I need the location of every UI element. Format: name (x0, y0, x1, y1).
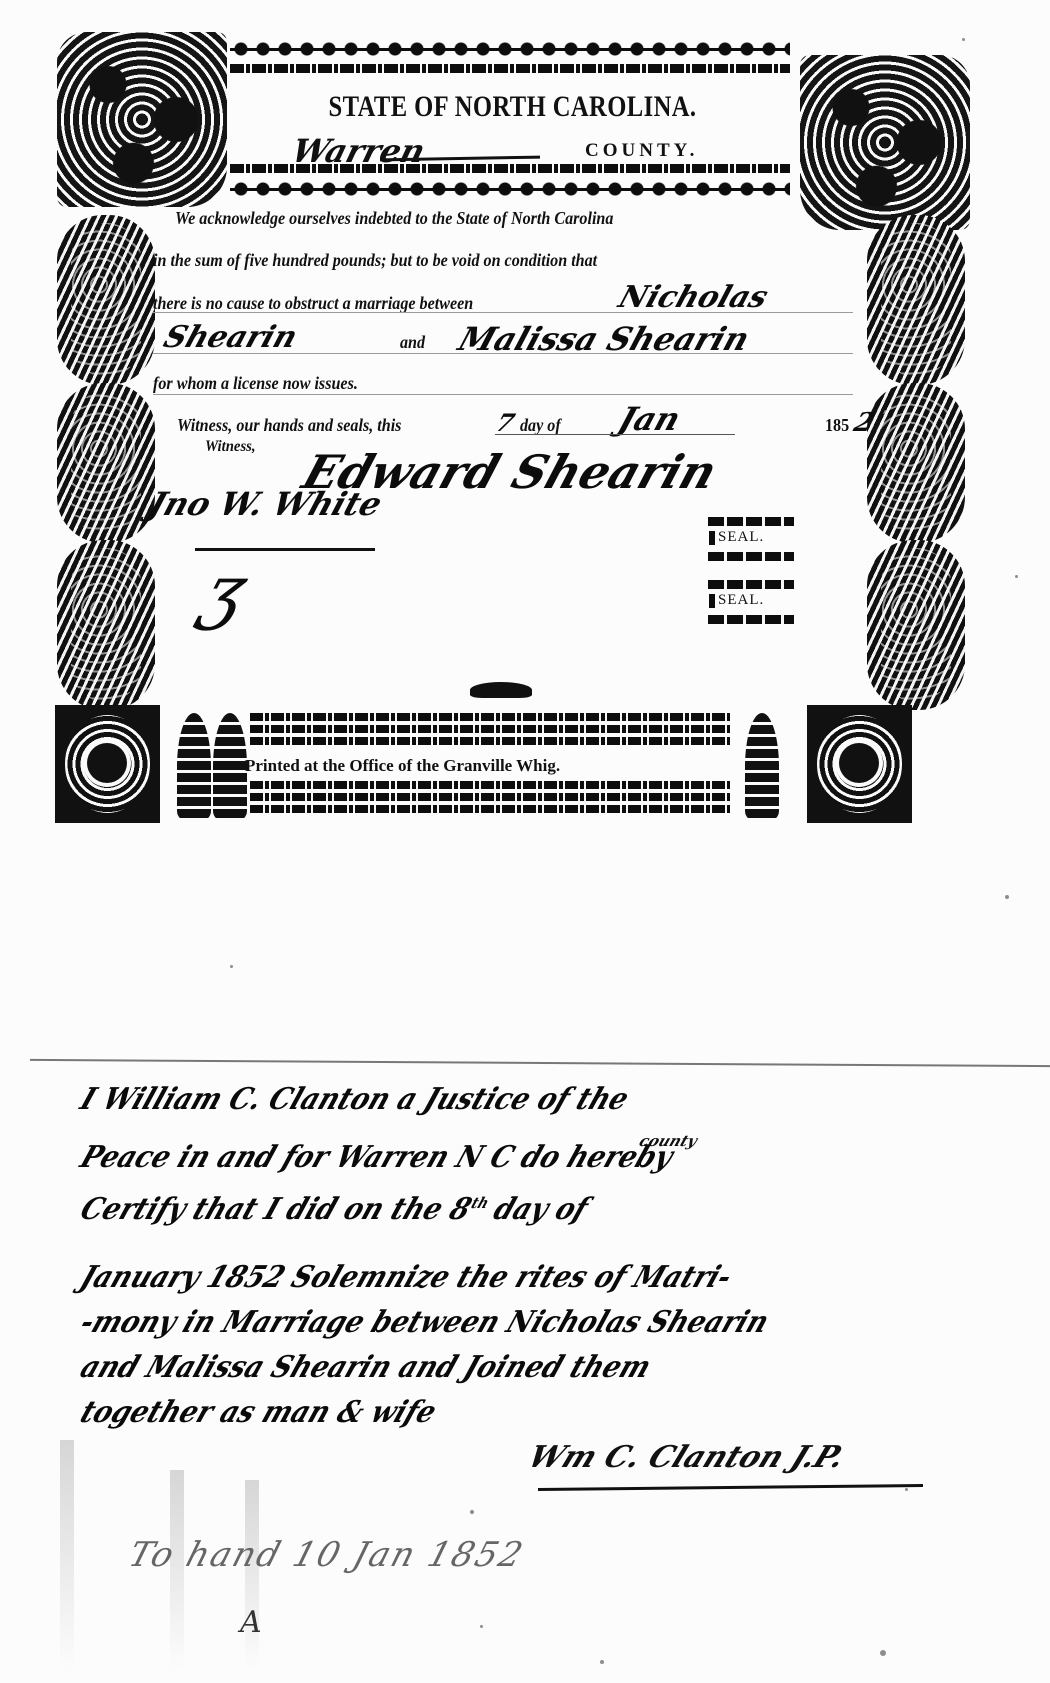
signature-underline (538, 1484, 923, 1491)
seal-label: SEAL. (718, 592, 764, 609)
document-page: STATE OF NORTH CAROLINA. Warren COUNTY. … (0, 0, 1050, 1683)
bond-day: 7 (492, 408, 518, 437)
seal-border (708, 580, 794, 589)
ruled-line (153, 312, 853, 313)
seal-label: SEAL. (718, 529, 764, 546)
seal-border (708, 517, 794, 526)
day-of-label: day of (520, 415, 561, 436)
bond-text-line: in the sum of five hundred pounds; but t… (153, 250, 597, 271)
seal-border (708, 615, 794, 624)
ornament-border-icon (230, 164, 790, 173)
year-prefix: 185 (825, 415, 849, 436)
paper-stain (245, 1480, 259, 1670)
groom-last-name: Shearin (159, 320, 301, 355)
palm-ornament-icon (745, 713, 779, 821)
ruled-line (495, 434, 735, 435)
eagle-ornament-icon (470, 682, 532, 698)
seal-border (708, 552, 794, 561)
rosette-ornament-icon (807, 705, 912, 823)
certificate-line: Certify that I did on the 8th day of (76, 1192, 593, 1227)
ornament-border-icon (230, 178, 790, 200)
ruled-line (153, 394, 853, 395)
ornament-side-icon (867, 540, 965, 710)
bond-month: Jan (614, 400, 685, 438)
certificate-line: January 1852 Solemnize the rites of Matr… (76, 1260, 737, 1295)
rosette-ornament-icon (55, 705, 160, 823)
seal-box: SEAL. (708, 517, 794, 561)
ornament-border-icon (230, 64, 790, 73)
ornament-side-icon (867, 215, 965, 385)
county-label: COUNTY. (585, 140, 698, 162)
ornament-border-icon (250, 713, 730, 721)
witness-text: Witness, our hands and seals, this (177, 415, 401, 436)
seal-box: SEAL. (708, 580, 794, 624)
palm-ornament-icon (177, 713, 211, 821)
ornament-border-icon (250, 805, 730, 813)
printer-imprint: Printed at the Office of the Granville W… (245, 756, 745, 776)
ruled-line (153, 353, 853, 354)
ornament-border-icon (250, 781, 730, 789)
certificate-line: Peace in and for Warren N C do hereby (76, 1140, 678, 1175)
ornament-side-icon (57, 540, 155, 710)
certificate-line: I William C. Clanton a Justice of the (76, 1082, 634, 1117)
ornament-border-icon (230, 38, 790, 60)
certificate-line: -mony in Marriage between Nicholas Shear… (76, 1305, 774, 1340)
paper-stain (60, 1440, 74, 1670)
certificate-line-text: Certify that I did on the 8 (76, 1192, 476, 1227)
form-title: STATE OF NORTH CAROLINA. (137, 90, 887, 124)
witness-signature: Jno W. White (144, 485, 387, 523)
ornament-border-icon (250, 725, 730, 733)
endorsement-mark: A (240, 1605, 262, 1640)
certificate-line-suffix: day of (489, 1192, 593, 1227)
bond-text-line: for whom a license now issues. (153, 373, 358, 394)
ornament-side-icon (57, 215, 155, 385)
bond-text-line: there is no cause to obstruct a marriage… (153, 293, 473, 314)
witness-label: Witness, (205, 438, 256, 456)
section-divider (30, 1059, 1050, 1067)
ornament-side-icon (867, 383, 965, 543)
palm-ornament-icon (213, 713, 247, 821)
receipt-endorsement: To hand 10 Jan 1852 (124, 1535, 529, 1575)
ornament-border-icon (250, 737, 730, 745)
certificate-line: and Malissa Shearin and Joined them (76, 1350, 656, 1385)
ornament-border-icon (250, 793, 730, 801)
bond-text-and: and (400, 332, 425, 353)
certificate-line: together as man & wife (76, 1395, 441, 1430)
justice-signature: Wm C. Clanton J.P. (523, 1440, 850, 1475)
ornament-side-icon (57, 383, 155, 543)
bond-text-line: We acknowledge ourselves indebted to the… (175, 208, 613, 229)
marriage-bond-form: STATE OF NORTH CAROLINA. Warren COUNTY. … (55, 30, 970, 885)
signature-mark-flourish: ʒ (192, 550, 258, 632)
groom-first-name: Nicholas (614, 280, 772, 315)
ornament-corner-icon (800, 55, 970, 230)
ornament-footer: Printed at the Office of the Granville W… (55, 705, 910, 827)
